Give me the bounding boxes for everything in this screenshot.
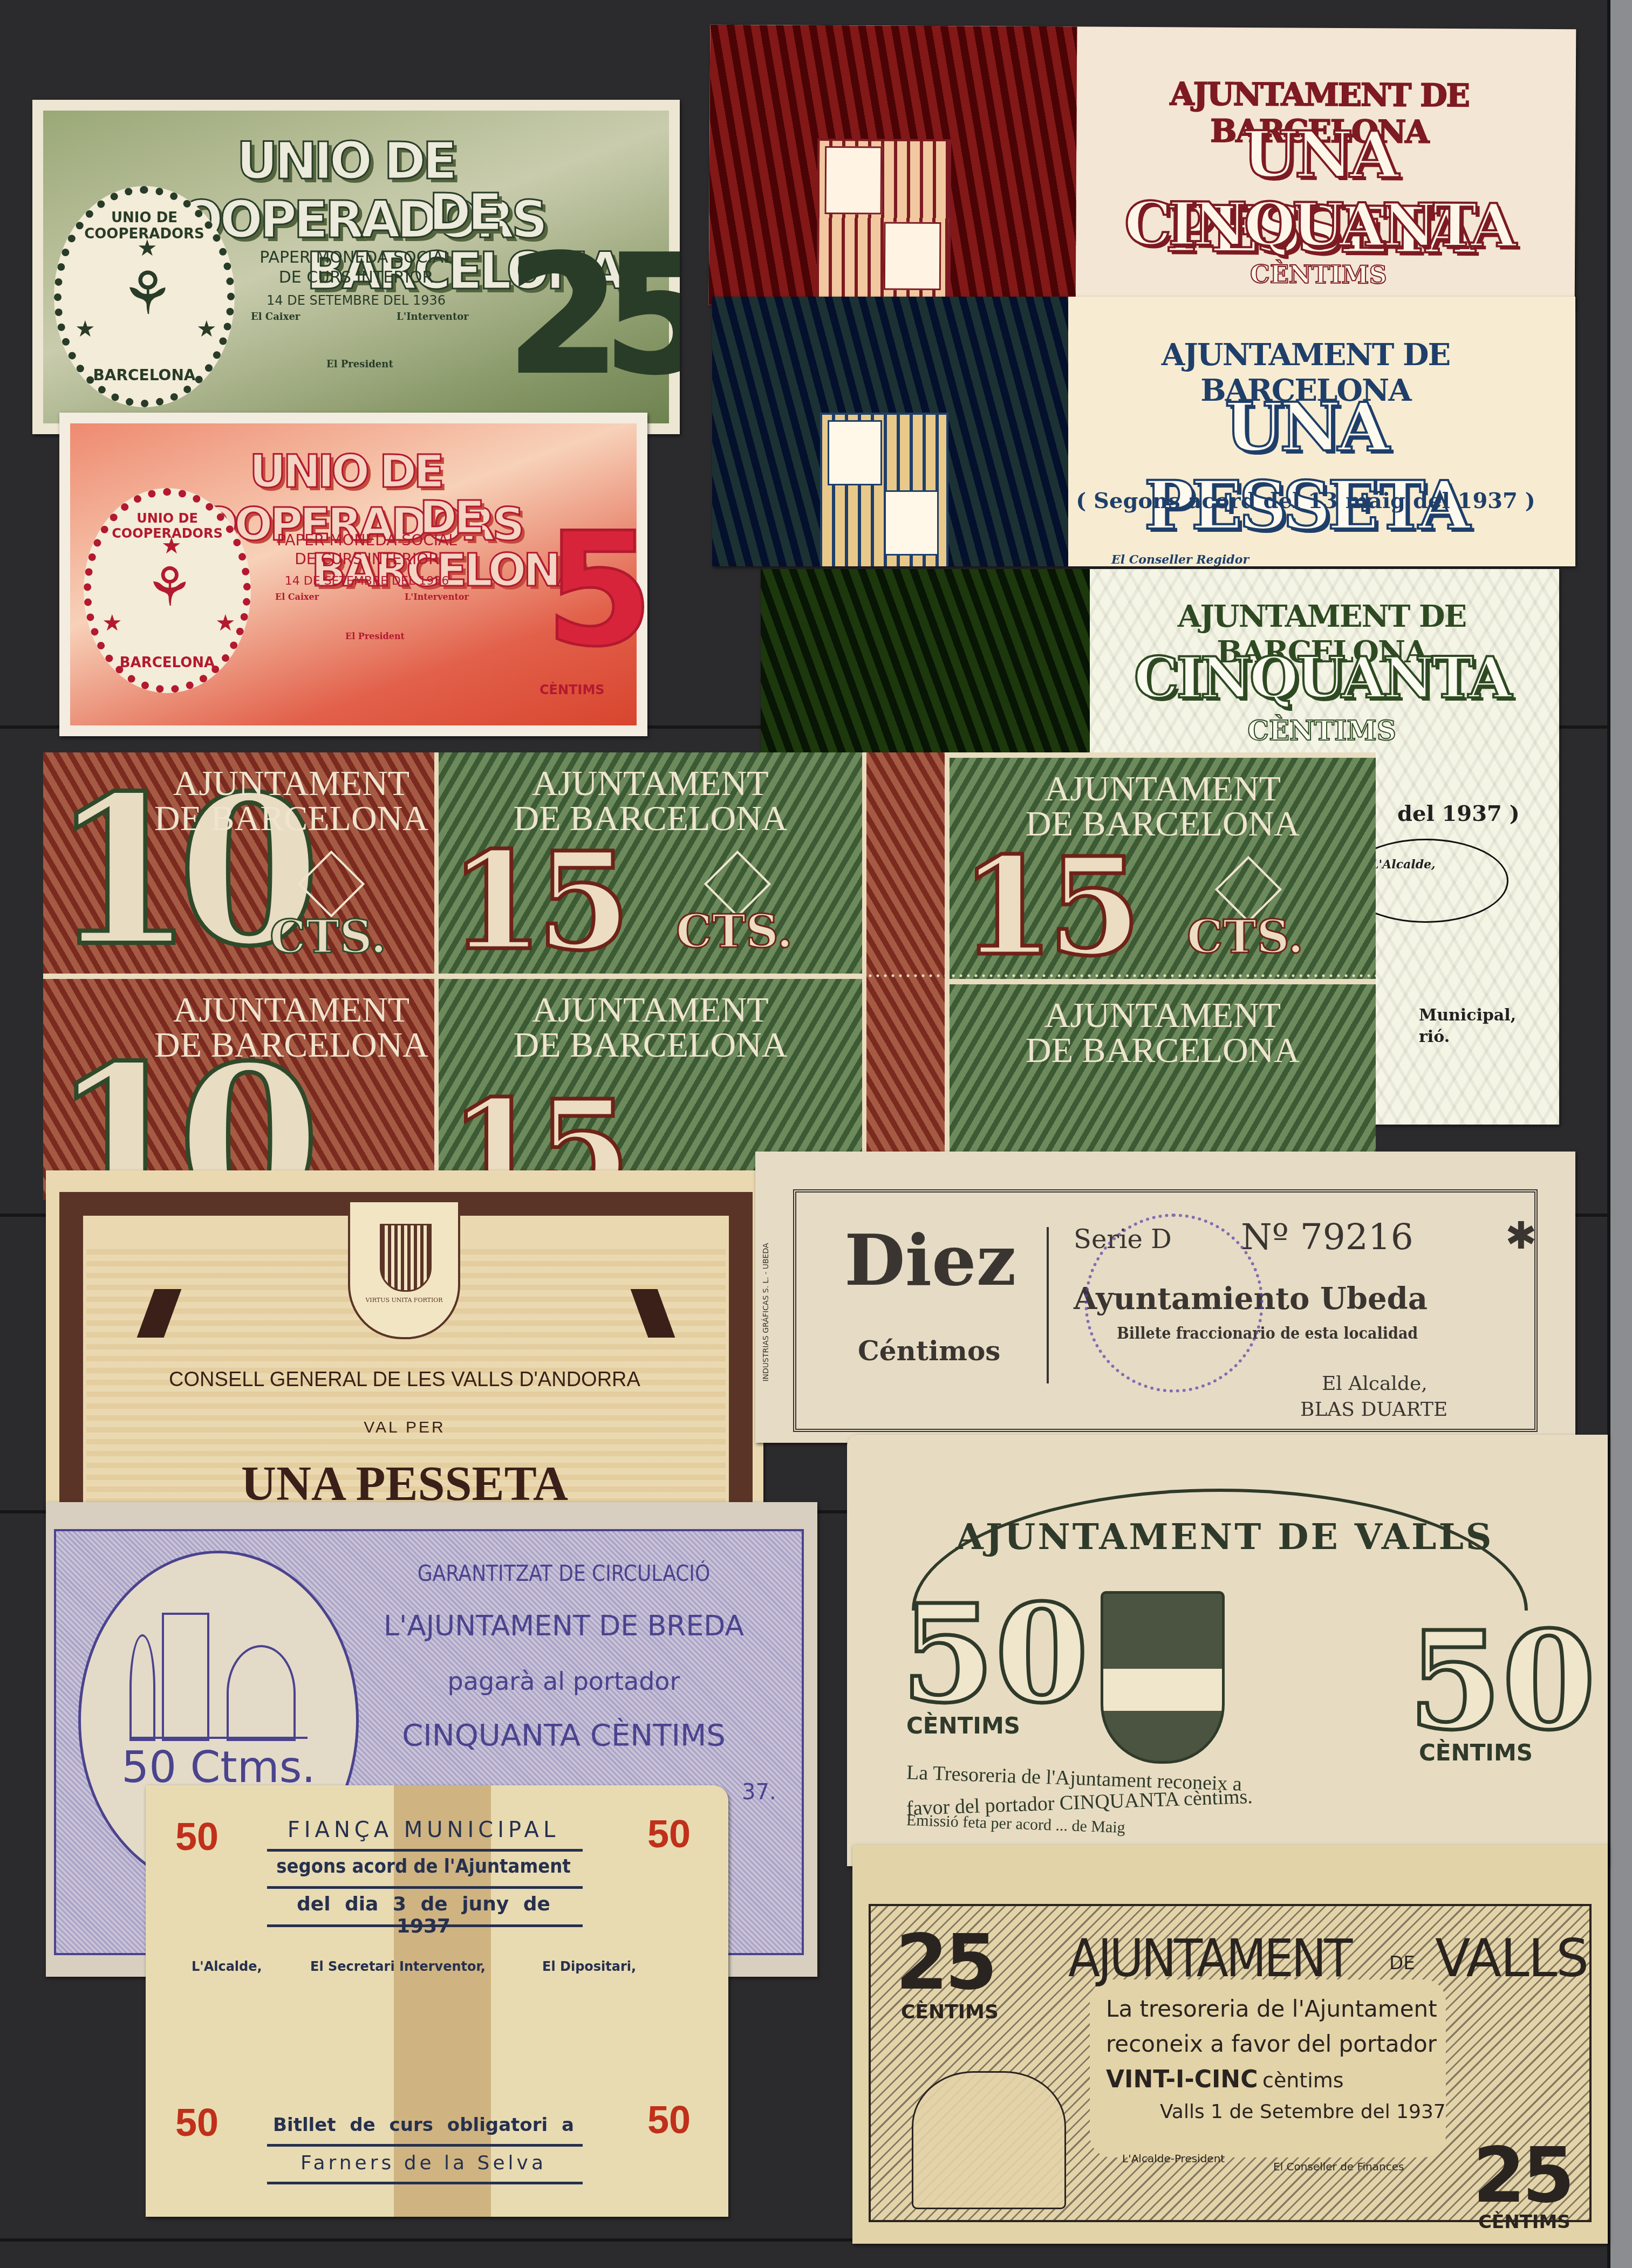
- signatory-label: L'Interventor: [397, 311, 469, 323]
- banknote-andorra-1-pesseta: VIRTUS UNITA FORTIOR CONSELL GENERAL DE …: [46, 1170, 763, 1516]
- valls-shield-icon: [1101, 1591, 1225, 1764]
- stamp-10-cts: 10 AJUNTAMENT DE BARCELONA CTS.: [43, 752, 434, 974]
- corner-value: 50: [647, 1812, 691, 1856]
- line2: segons acord de l'Ajuntament: [264, 1855, 583, 1878]
- banknote-valls-50-centims: AJUNTAMENT DE VALLS 50 CÈNTIMS 50 CÈNTIM…: [847, 1435, 1608, 1866]
- value-line1: UNA PESSETA: [1074, 388, 1538, 545]
- printer-imprint: INDUSTRIAS GRÁFICAS S. L. - UBEDA: [762, 1152, 770, 1443]
- cooperadors-seal: UNIO DE COOPERADORS ★ ★ ★ ⚘ BARCELONA: [54, 186, 235, 407]
- signatory-right: El Conseller de Finances: [1273, 2160, 1404, 2173]
- date-fragment: 37.: [742, 1780, 776, 1805]
- value-bottomright: 25: [1473, 2139, 1572, 2214]
- line3: pagarà al portador: [348, 1667, 780, 1696]
- line1: GARANTITZAT DE CIRCULACIÓ: [348, 1561, 780, 1586]
- agreement-fragment: del 1937 ): [1397, 801, 1520, 826]
- motto-text: VIRTUS UNITA FORTIOR: [350, 1297, 458, 1304]
- issue-date: Valls 1 de Setembre del 1937: [1160, 2101, 1446, 2123]
- banknote-barcelona-1-50-pesseta: AJUNTAMENT DE BARCELONA UNA PESSETA CINQ…: [709, 25, 1576, 310]
- rule: [267, 1924, 583, 1927]
- signatory-left: L'Alcalde-President: [1122, 2152, 1225, 2165]
- seal-text-bottom: BARCELONA: [91, 655, 243, 671]
- star-icon: ★: [196, 318, 217, 340]
- unit-bottomright: CÈNTIMS: [1478, 2211, 1570, 2233]
- line1: FIANÇA MUNICIPAL: [264, 1818, 583, 1842]
- perforation: [43, 974, 1376, 978]
- signatory-label: L'Interventor: [405, 592, 469, 602]
- text-line1: La tresoreria de l'Ajuntament: [1106, 1996, 1437, 2022]
- rule: [267, 1886, 583, 1889]
- stamp-unit: CTS.: [1187, 914, 1303, 960]
- divider: [1047, 1227, 1049, 1383]
- star-icon: ★: [161, 535, 182, 557]
- stamp-15-cts: AJUNTAMENT DE BARCELONA 15 CTS.: [950, 758, 1376, 979]
- unit-text: Céntimos: [858, 1335, 1000, 1367]
- value-word: Diez: [844, 1219, 1016, 1301]
- unit-text: CÈNTIMS: [1101, 715, 1543, 746]
- rule: [267, 1849, 583, 1852]
- stamp-unit: CTS.: [270, 914, 386, 960]
- stamp-10-cts: 10 AJUNTAMENT DE BARCELONA: [43, 979, 434, 1200]
- stamp-unit: CTS.: [676, 909, 793, 954]
- album-frame-edge: [1610, 0, 1632, 2268]
- signatory-label: L'Alcalde,: [1370, 858, 1436, 872]
- signatory-secretari: El Secretari Interventor,: [310, 1959, 486, 1974]
- signatory-alcalde: L'Alcalde,: [192, 1959, 262, 1974]
- unit-right: CÈNTIMS: [1419, 1739, 1533, 1766]
- issuer-text: CONSELL GENERAL DE LES VALLS D'ANDORRA: [89, 1368, 720, 1392]
- corner-value: 50: [175, 2101, 218, 2145]
- asterisk-icon: ✱: [1505, 1214, 1537, 1258]
- barcelona-arms-diamond-icon: [298, 851, 365, 917]
- denomination: 25: [507, 235, 680, 396]
- rule: [267, 2182, 583, 2184]
- stamp-issuer-line2: DE BARCELONA: [439, 1025, 862, 1066]
- unit-text: CÈNTIMS: [1081, 258, 1556, 290]
- denomination: 5: [545, 512, 647, 669]
- val-per-label: VAL PER: [89, 1419, 720, 1437]
- star-icon: ★: [102, 612, 122, 634]
- line4: Bitllet de curs obligatori a: [264, 2114, 583, 2136]
- stamp-value: 15: [960, 839, 1135, 974]
- signatory-title: El Alcalde,: [1322, 1373, 1428, 1395]
- star-icon: ★: [75, 318, 95, 340]
- stamp-15-cts: AJUNTAMENT DE BARCELONA 15 CTS.: [439, 752, 862, 974]
- signatory-name: BLAS DUARTE: [1300, 1399, 1447, 1421]
- value-right: 50: [1408, 1613, 1596, 1748]
- text-line3-rest: cèntims: [1262, 2068, 1344, 2092]
- subtitle-line2: DE CURS INTERIOR: [243, 268, 469, 287]
- signatory-label: El Conseller Regidor: [1111, 553, 1249, 566]
- line4: CINQUANTA CÈNTIMS: [348, 1718, 780, 1753]
- signatory-label: El President: [345, 631, 405, 641]
- barcelona-shield-icon: [817, 139, 952, 305]
- rule: [267, 2144, 583, 2147]
- signatory-label: El Caixer: [275, 592, 319, 602]
- footer-fragment: Municipal,: [1419, 1006, 1516, 1025]
- text-line3: Emissió feta per acord ... de Maig: [906, 1811, 1126, 1837]
- value-topleft: 25: [896, 1926, 994, 2001]
- line5: Farners de la Selva: [264, 2152, 583, 2174]
- church-icon: [129, 1613, 308, 1739]
- barcelona-shield-icon: [820, 413, 948, 566]
- serial-number: Nº 79216: [1241, 1216, 1414, 1258]
- value-left: 50: [901, 1586, 1089, 1721]
- wheat-grape-emblem-icon: ⚘: [145, 560, 194, 652]
- issue-date: 14 DE SETEMBRE DEL 1936: [243, 293, 469, 308]
- value-line1: CINQUANTA: [1101, 645, 1543, 711]
- banknote-cooperadors-5-centims: UNIO DE COOPERADORS DE BARCELONA UNIO DE…: [59, 413, 647, 736]
- corner-value: 50: [647, 2098, 691, 2142]
- unit-topleft: CÈNTIMS: [901, 2001, 999, 2023]
- line2: L'AJUNTAMENT DE BREDA: [348, 1610, 780, 1642]
- stamp-value: 15: [449, 833, 624, 968]
- municipal-stamp: [1084, 1214, 1264, 1393]
- issue-date: 14 DE SETEMBRE DEL 1936: [259, 574, 475, 588]
- seated-figure-illustration: [912, 2071, 1066, 2209]
- banknote-barcelona-1-pesseta: AJUNTAMENT DE BARCELONA UNA PESSETA ( Se…: [712, 297, 1575, 566]
- andorra-coat-of-arms-icon: VIRTUS UNITA FORTIOR: [348, 1200, 460, 1339]
- text-line3-bold: VINT-I-CINC: [1106, 2066, 1258, 2093]
- signatory-label: El President: [326, 359, 393, 370]
- stamp-issuer-line2: DE BARCELONA: [151, 1025, 432, 1066]
- text-line2: reconeix a favor del portador: [1106, 2031, 1437, 2057]
- subtitle-line1: PAPER MONEDA SOCIAL: [259, 531, 475, 549]
- issuer-de: DE: [1389, 1952, 1415, 1974]
- subtitle-line1: PAPER MONEDA SOCIAL: [243, 248, 469, 267]
- signatory-dipositari: El Dipositari,: [542, 1959, 636, 1974]
- banknote-barcelona-cts-sheet: 10 AJUNTAMENT DE BARCELONA CTS. 10 AJUNT…: [43, 752, 1376, 1200]
- line3: del dia 3 de juny de 1937: [264, 1893, 583, 1937]
- agreement-text: ( Segons acord del 13 maig del 1937 ): [1074, 488, 1538, 513]
- banknote-valls-25-centims: 25 CÈNTIMS AJUNTAMENT DE VALLS La tresor…: [852, 1845, 1608, 2244]
- wheat-grape-emblem-icon: ⚘: [121, 264, 169, 361]
- issuer-text: AJUNTAMENT DE VALLS: [928, 1516, 1521, 1558]
- cooperadors-seal: UNIO DE COOPERADORS ★ ★ ★ ⚘ BARCELONA: [84, 488, 251, 693]
- issuer-place: VALLS: [1435, 1928, 1588, 1989]
- star-icon: ★: [215, 612, 236, 634]
- issuer-main: AJUNTAMENT: [1068, 1928, 1350, 1989]
- unit-left: CÈNTIMS: [906, 1712, 1020, 1739]
- footer-fragment: rió.: [1419, 1027, 1450, 1046]
- unit-text: CÈNTIMS: [540, 682, 605, 697]
- seal-text-bottom: BARCELONA: [62, 366, 227, 384]
- banknote-cooperadors-25-centims: UNIO DE COOPERADORS DE BARCELONA UNIO DE…: [32, 100, 680, 434]
- corner-value: 50: [175, 1815, 218, 1859]
- banknote-farners-50-centims: 50 50 50 50 FIANÇA MUNICIPAL segons acor…: [146, 1785, 728, 2217]
- stamp-issuer-line2: DE BARCELONA: [151, 798, 432, 839]
- star-icon: ★: [137, 237, 158, 259]
- value-line2: CINQUANTA: [1081, 188, 1556, 261]
- signatory-label: El Caixer: [251, 311, 300, 323]
- banknote-ubeda-10-centimos: INDUSTRIAS GRÁFICAS S. L. - UBEDA Diez C…: [755, 1152, 1575, 1443]
- subtitle-line2: DE CURS INTERIOR: [259, 550, 475, 568]
- stamp-issuer-line2: DE BARCELONA: [950, 1030, 1376, 1071]
